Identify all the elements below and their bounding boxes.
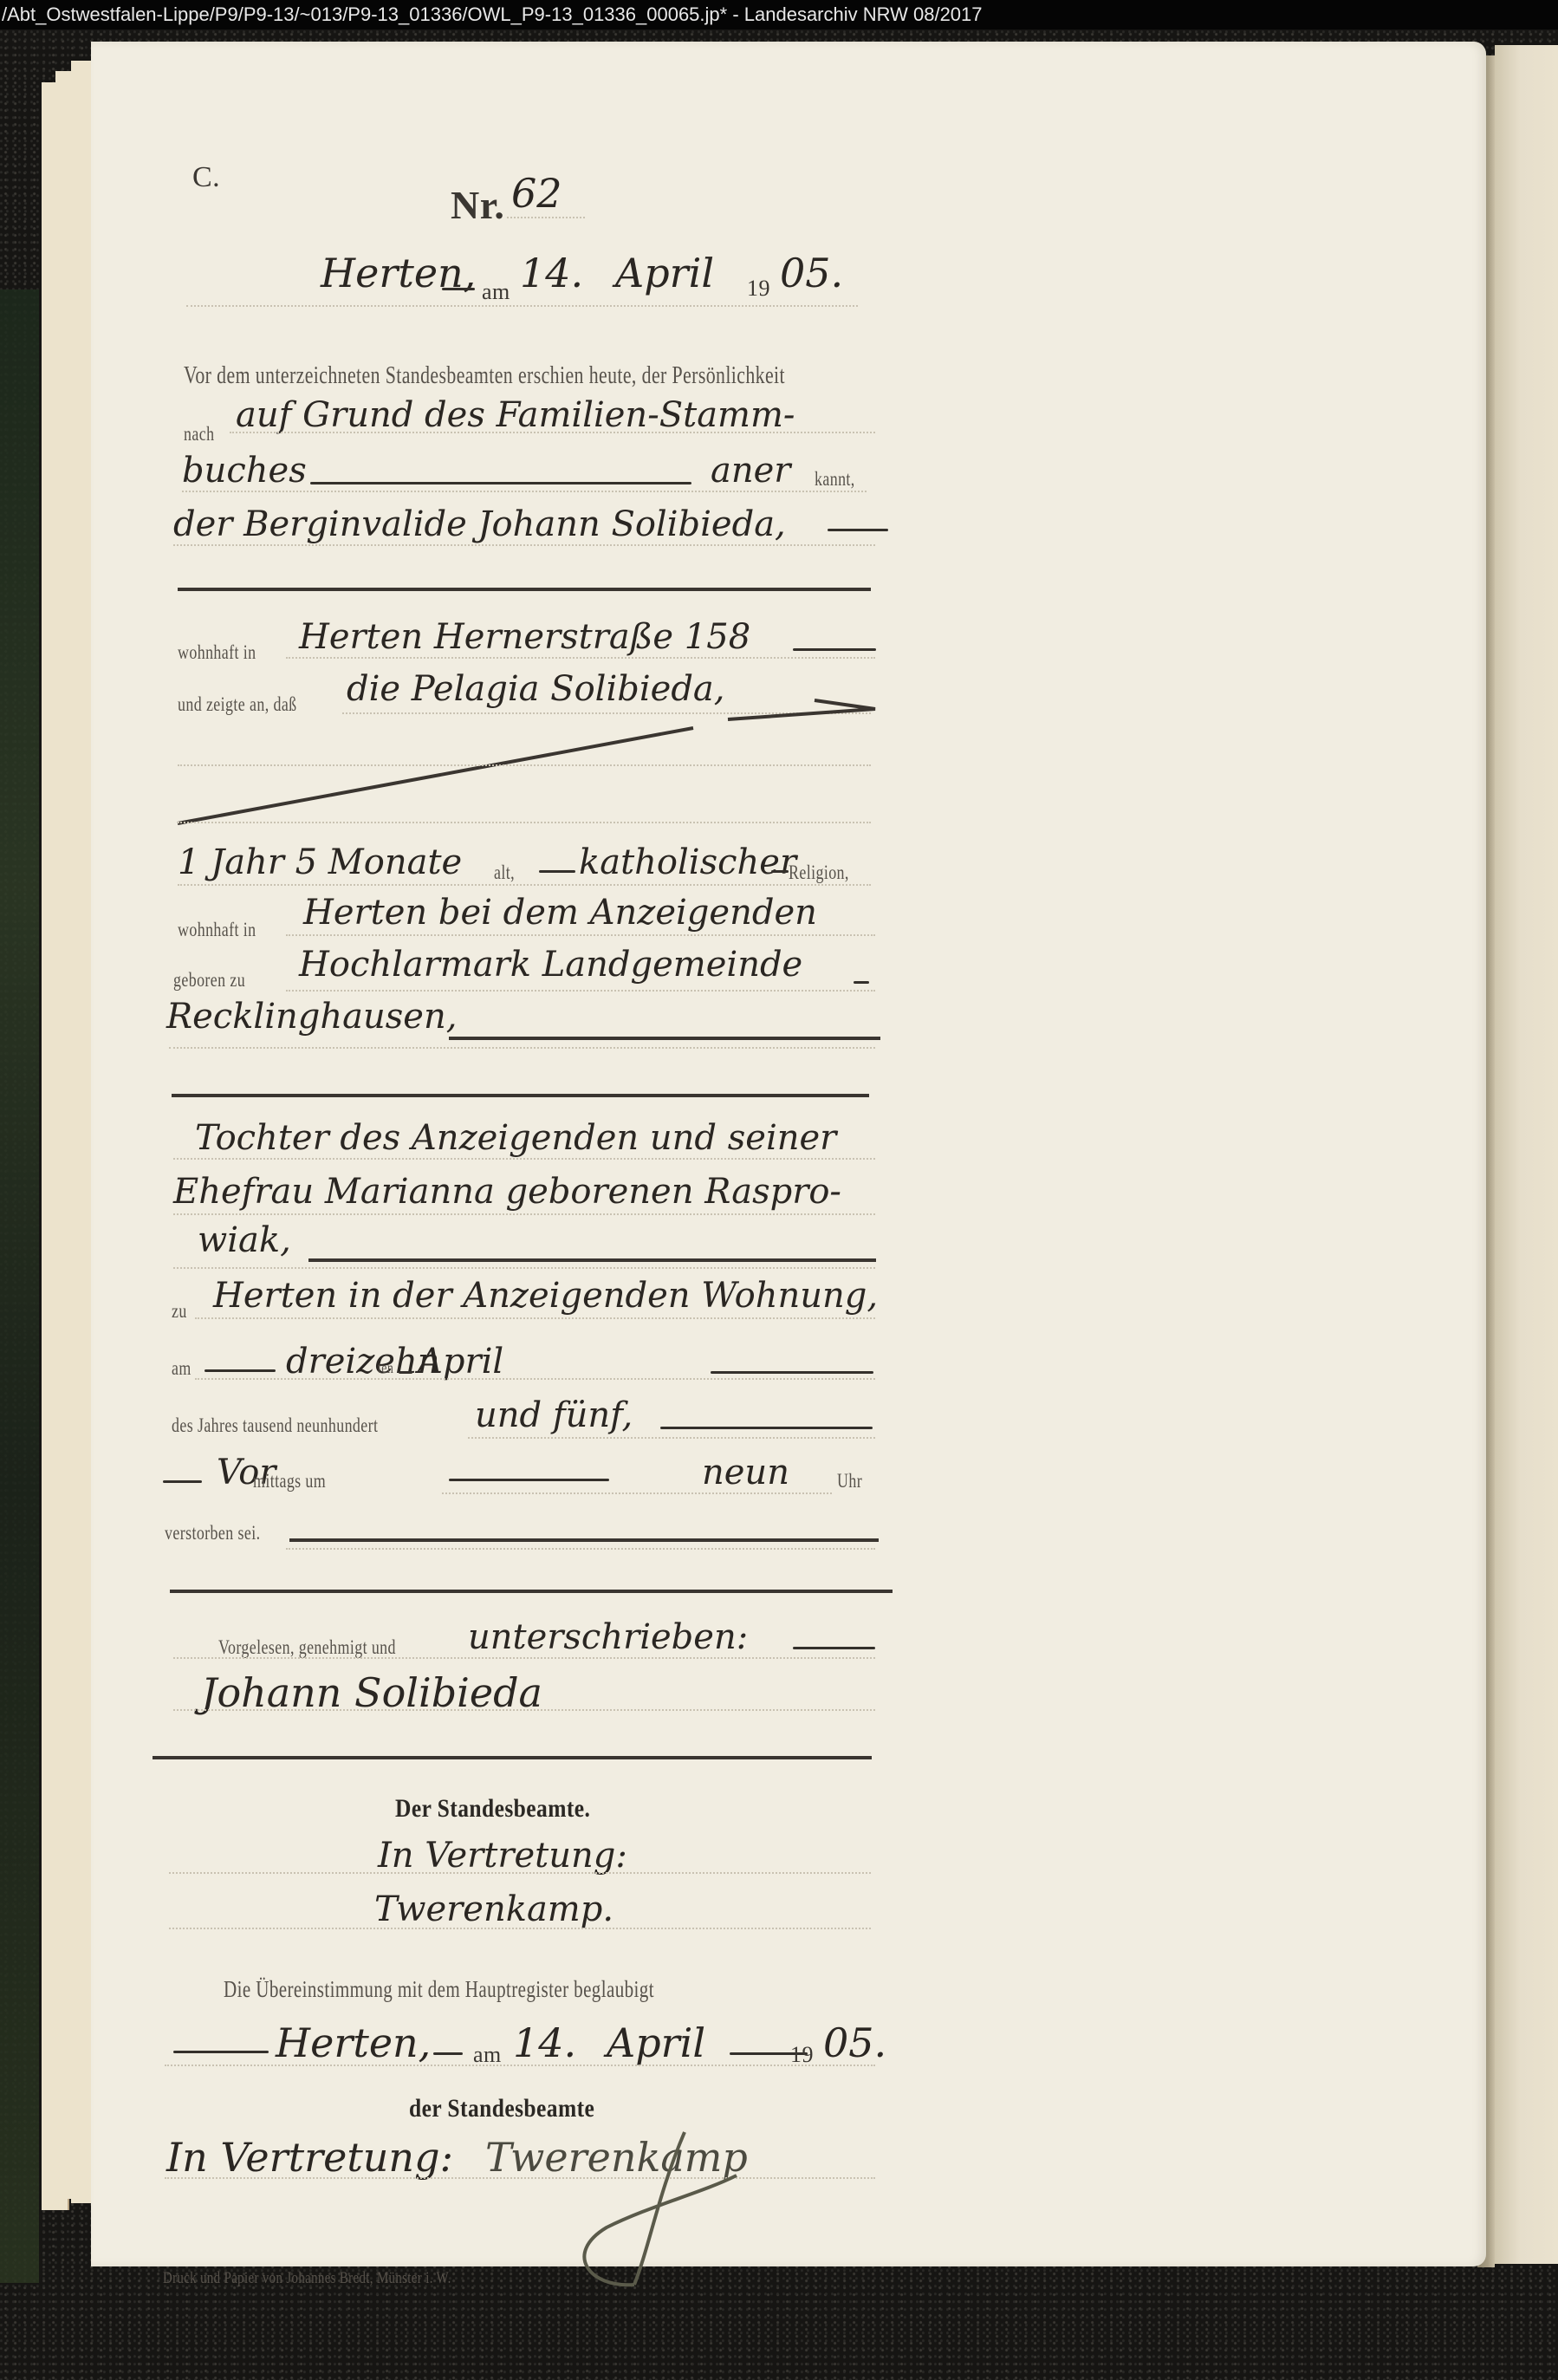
dotted-rule — [173, 1657, 875, 1659]
filler-dash — [771, 870, 789, 873]
zu-label: zu — [172, 1300, 187, 1323]
cert-place: Herten, — [276, 2019, 431, 2066]
cert-year-suffix: 05. — [823, 2019, 886, 2066]
date-month: April — [615, 250, 714, 296]
form-letter: C. — [192, 161, 220, 194]
filler-dash — [399, 1371, 412, 1374]
read-value: unterschrieben: — [468, 1617, 748, 1657]
registrar-signature: Twerenkamp. — [374, 1889, 613, 1929]
dotted-rule — [507, 217, 585, 218]
printer-line: Druck und Papier von Johannes Bredt, Mün… — [163, 2269, 451, 2288]
filler-dash — [539, 870, 575, 873]
am-label: am — [482, 279, 510, 305]
dotted-rule — [173, 1267, 875, 1269]
cert-day: 14. — [513, 2019, 576, 2066]
dotted-rule — [169, 1047, 875, 1049]
cover-edge — [0, 289, 39, 2283]
filler-dash — [173, 2051, 269, 2053]
filler-rule — [178, 588, 871, 591]
dotted-rule — [173, 1709, 875, 1711]
born-label: geboren zu — [173, 969, 245, 992]
dotted-rule — [178, 764, 871, 766]
filler-dash — [163, 1480, 202, 1483]
mittags-label: mittags um — [253, 1470, 326, 1492]
dotted-rule — [230, 432, 875, 433]
filler-dash — [711, 1371, 873, 1374]
dotted-rule — [165, 2177, 875, 2179]
parents-3: wiak, — [198, 1220, 291, 1260]
residence-label: wohnhaft in — [178, 641, 256, 664]
dotted-rule — [286, 657, 875, 659]
death-day: dreizehn — [286, 1342, 439, 1382]
filler-dash — [793, 1647, 875, 1649]
death-month: April — [418, 1342, 503, 1382]
filler-rule — [172, 1094, 869, 1097]
registrar-heading: Der Standesbeamte. — [395, 1794, 590, 1824]
signature-flourish — [555, 2123, 745, 2297]
filler-dash — [793, 648, 876, 651]
died-label: verstorben sei. — [165, 1522, 260, 1544]
dotted-rule — [195, 1378, 875, 1380]
number-label: Nr. — [451, 182, 504, 228]
certification-text: Die Übereinstimmung mit dem Hauptregiste… — [224, 1976, 654, 2003]
filler-rule — [449, 1037, 880, 1040]
religion: katholischer — [579, 842, 796, 882]
year-suffix: 05. — [780, 250, 843, 296]
dotted-rule — [286, 934, 875, 936]
dotted-rule — [169, 1872, 871, 1874]
dotted-rule — [286, 990, 875, 992]
ten-label: ten — [378, 1359, 393, 1377]
parents-1: Tochter des Anzeigenden und seiner — [195, 1118, 836, 1158]
place-of-death: Herten in der Anzeigenden Wohnung, — [213, 1276, 878, 1316]
filler-dash — [449, 1479, 609, 1481]
informant: der Berginvalide Johann Solibieda, — [173, 504, 786, 544]
intro-text: Vor dem unterzeichneten Standesbeamten e… — [184, 362, 785, 390]
cert-heading: der Standesbeamte — [409, 2094, 594, 2123]
dotted-rule — [286, 1548, 875, 1550]
dotted-rule — [195, 1317, 875, 1319]
dotted-rule — [178, 822, 871, 823]
cert-month: April — [607, 2019, 705, 2066]
death-year-words: und fünf, — [475, 1395, 633, 1435]
birthplace-1: Hochlarmark Landgemeinde — [299, 945, 802, 985]
dotted-rule — [173, 1213, 875, 1215]
filler-dash — [660, 1427, 873, 1429]
dotted-rule — [173, 544, 875, 546]
record-number: 62 — [511, 170, 562, 217]
religion-label: Religion, — [789, 862, 849, 884]
deceased-residence-label: wohnhaft in — [178, 919, 256, 941]
filler-rule — [153, 1756, 872, 1759]
identity-basis-1: auf Grund des Familien-Stamm- — [236, 395, 795, 435]
identity-known: aner — [711, 451, 790, 491]
filler-dash — [828, 529, 888, 531]
parents-2: Ehefrau Marianna geborenen Raspro- — [173, 1172, 841, 1212]
death-hour: neun — [702, 1453, 789, 1492]
dotted-rule — [178, 884, 871, 886]
filler-rule — [289, 1538, 879, 1542]
informant-residence: Herten Hernerstraße 158 — [299, 617, 750, 657]
year-label: des Jahres tausend neunhundert — [172, 1414, 378, 1437]
dotted-rule — [182, 491, 867, 492]
filler-rule — [170, 1590, 893, 1593]
cancel-stroke — [173, 693, 884, 832]
cert-proxy: In Vertretung: — [166, 2134, 453, 2181]
deceased-residence: Herten bei dem Anzeigenden — [303, 893, 817, 933]
filler-rule — [308, 1258, 876, 1262]
am-label: am — [172, 1357, 192, 1380]
uhr-label: Uhr — [837, 1470, 862, 1492]
year-prefix: 19 — [747, 276, 770, 302]
read-label: Vorgelesen, genehmigt und — [218, 1636, 396, 1659]
filler-dash — [433, 2052, 463, 2055]
dotted-rule — [442, 1492, 832, 1494]
dotted-rule — [173, 1158, 875, 1160]
alt-label: alt, — [494, 862, 515, 884]
filler-dash — [310, 482, 691, 484]
filler-dash — [854, 981, 869, 984]
kannt-label: kannt, — [815, 468, 855, 491]
registrar-proxy: In Vertretung: — [378, 1836, 627, 1876]
filler-dash — [442, 288, 475, 290]
identity-basis-2: buches — [182, 451, 307, 491]
deceased-age: 1 Jahr 5 Monate — [178, 842, 462, 882]
window-title-bar: /Abt_Ostwestfalen-Lippe/P9/P9-13/~013/P9… — [0, 0, 1558, 29]
nach-label: nach — [184, 423, 214, 445]
filler-dash — [204, 1369, 276, 1372]
dotted-rule — [169, 1928, 871, 1929]
dotted-rule — [165, 2065, 875, 2066]
birthplace-2: Recklinghausen, — [166, 997, 457, 1037]
date-day: 14. — [520, 250, 583, 296]
dotted-rule — [468, 1437, 875, 1439]
dotted-rule — [186, 305, 858, 307]
adjacent-page — [1495, 45, 1558, 2264]
